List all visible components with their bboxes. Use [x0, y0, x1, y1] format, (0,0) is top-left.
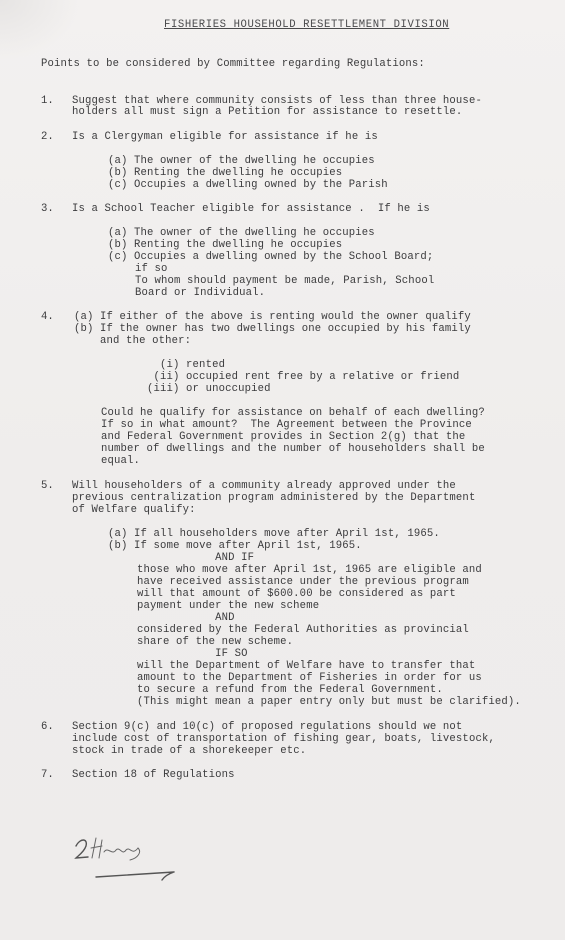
document-page: FISHERIES HOUSEHOLD RESETTLEMENT DIVISIO…	[0, 0, 565, 940]
item-5-line-1: Will householders of a community already…	[72, 480, 456, 492]
document-title: FISHERIES HOUSEHOLD RESETTLEMENT DIVISIO…	[164, 19, 449, 31]
paper-fold-shadow	[0, 0, 80, 60]
item-4-roman-ii: (ii) occupied rent free by a relative or…	[147, 371, 459, 383]
item-3-line-1: Is a School Teacher eligible for assista…	[72, 203, 430, 215]
item-5-cont-6: AND	[137, 612, 235, 624]
item-2-sub-a: (a) The owner of the dwelling he occupie…	[108, 155, 375, 167]
item-5-cont-9: IF SO	[137, 648, 248, 660]
item-1-number: 1.	[41, 95, 54, 107]
item-3-cont-2: To whom should payment be made, Parish, …	[135, 275, 434, 287]
item-2-sub-c: (c) Occupies a dwelling owned by the Par…	[108, 179, 388, 191]
item-3-sub-a: (a) The owner of the dwelling he occupie…	[108, 227, 375, 239]
item-4-sub-b: (b) If the owner has two dwellings one o…	[74, 323, 471, 335]
item-5-number: 5.	[41, 480, 54, 492]
item-6-line-1: Section 9(c) and 10(c) of proposed regul…	[72, 721, 462, 733]
item-6-line-3: stock in trade of a shorekeeper etc.	[72, 745, 306, 757]
item-5-line-2: previous centralization program administ…	[72, 492, 475, 504]
item-4-para-2: If so in what amount? The Agreement betw…	[101, 419, 472, 431]
item-4-number: 4.	[41, 311, 54, 323]
item-4-roman-i: (i) rented	[147, 359, 225, 371]
item-7-number: 7.	[41, 769, 54, 781]
item-5-cont-2: those who move after April 1st, 1965 are…	[137, 564, 482, 576]
item-4-roman-iii: (iii) or unoccupied	[147, 383, 271, 395]
item-5-sub-a: (a) If all householders move after April…	[108, 528, 440, 540]
item-6-number: 6.	[41, 721, 54, 733]
item-3-cont-1: if so	[135, 263, 168, 275]
item-5-cont-12: to secure a refund from the Federal Gove…	[137, 684, 443, 696]
item-7-line-1: Section 18 of Regulations	[72, 769, 235, 781]
item-5-cont-7: considered by the Federal Authorities as…	[137, 624, 469, 636]
item-2-line-1: Is a Clergyman eligible for assistance i…	[72, 131, 378, 143]
item-4-sub-a: (a) If either of the above is renting wo…	[74, 311, 471, 323]
item-5-cont-11: amount to the Department of Fisheries in…	[137, 672, 482, 684]
item-6-line-2: include cost of transportation of fishin…	[72, 733, 495, 745]
item-5-cont-4: will that amount of $600.00 be considere…	[137, 588, 456, 600]
item-4-para-5: equal.	[101, 455, 140, 467]
handwritten-signature-icon	[72, 830, 202, 890]
item-1-line-2: holders all must sign a Petition for ass…	[72, 106, 462, 118]
item-5-cont-8: share of the new scheme.	[137, 636, 293, 648]
item-3-number: 3.	[41, 203, 54, 215]
item-5-sub-b: (b) If some move after April 1st, 1965.	[108, 540, 362, 552]
item-4-para-1: Could he qualify for assistance on behal…	[101, 407, 485, 419]
item-4-para-4: number of dwellings and the number of ho…	[101, 443, 485, 455]
item-3-sub-b: (b) Renting the dwelling he occupies	[108, 239, 342, 251]
item-5-cont-10: will the Department of Welfare have to t…	[137, 660, 475, 672]
item-5-line-3: of Welfare qualify:	[72, 504, 196, 516]
item-4-sub-b-cont: and the other:	[74, 335, 191, 347]
item-5-cont-5: payment under the new scheme	[137, 600, 319, 612]
item-4-para-3: and Federal Government provides in Secti…	[101, 431, 465, 443]
item-2-number: 2.	[41, 131, 54, 143]
item-5-cont-13: (This might mean a paper entry only but …	[137, 696, 521, 708]
item-5-cont-1: AND IF	[137, 552, 254, 564]
item-2-sub-b: (b) Renting the dwelling he occupies	[108, 167, 342, 179]
item-3-sub-c: (c) Occupies a dwelling owned by the Sch…	[108, 251, 433, 263]
item-3-cont-3: Board or Individual.	[135, 287, 265, 299]
item-5-cont-3: have received assistance under the previ…	[137, 576, 469, 588]
intro-text: Points to be considered by Committee reg…	[41, 58, 425, 70]
